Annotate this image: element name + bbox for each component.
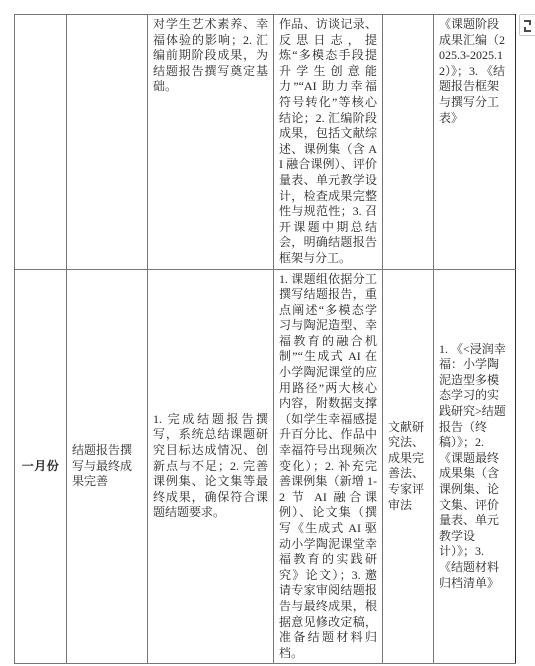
table-row-january: 一月份 结题报告撰写与最终成果完善 1. 完成结题报告撰写，系统总结课题研究目标… xyxy=(15,269,516,664)
corner-bracket-top-icon xyxy=(524,20,531,25)
method-cell-empty xyxy=(383,15,434,270)
activity-cell-continuation: 作品、访谈记录、反思日志，提炼“多模态手段提升学生创意能力”“AI 助力幸福符号… xyxy=(274,15,383,270)
outcome-cell-january: 1. 《<浸润幸福：小学陶泥造型多模态学习的实践研究>结题报告（终稿）》；2. … xyxy=(434,269,516,664)
topic-cell-empty xyxy=(67,15,148,270)
comment-anchor-marker[interactable] xyxy=(519,14,535,36)
table-row-continuation: 对学生艺术素养、幸福体验的影响；2. 汇编前期阶段成果，为结题报告撰写奠定基础。… xyxy=(15,15,516,270)
activity-cell-january: 1. 课题组依据分工撰写结题报告，重点阐述“多模态学习与陶泥造型、幸福教育的融合… xyxy=(274,269,383,664)
research-schedule-table: 对学生艺术素养、幸福体验的影响；2. 汇编前期阶段成果，为结题报告撰写奠定基础。… xyxy=(14,14,516,664)
task-cell-continuation: 对学生艺术素养、幸福体验的影响；2. 汇编前期阶段成果，为结题报告撰写奠定基础。 xyxy=(148,15,274,270)
corner-bracket-bottom-icon xyxy=(524,27,531,32)
month-cell-january: 一月份 xyxy=(15,269,67,664)
outcome-cell-continuation: 《课题阶段成果汇编（2025.3-2025.12）》；3. 《结题报告框架与撰写… xyxy=(434,15,516,270)
month-cell-empty xyxy=(15,15,67,270)
method-cell-january: 文献研究法、成果完善法、专家评审法 xyxy=(383,269,434,664)
document-page: { "table": { "border_color": "#767676", … xyxy=(0,0,535,666)
task-cell-january: 1. 完成结题报告撰写，系统总结课题研究目标达成情况、创新点与不足；2. 完善课… xyxy=(148,269,274,664)
topic-cell-january: 结题报告撰写与最终成果完善 xyxy=(67,269,148,664)
